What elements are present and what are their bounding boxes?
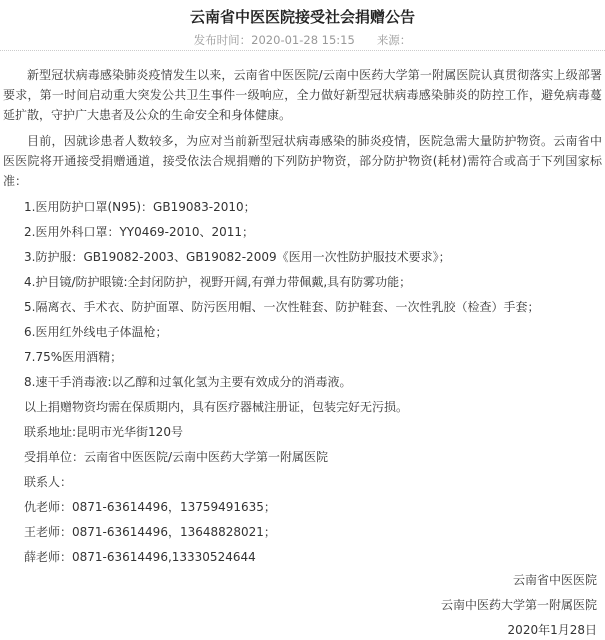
signature-org2: 云南中医药大学第一附属医院 [441,595,597,615]
signature-org1: 云南省中医医院 [513,570,597,590]
divider [0,50,605,51]
recipient-line: 受捐单位：云南省中医医院/云南中医药大学第一附属医院 [0,447,605,467]
list-item: 1.医用防护口罩(N95)：GB19083-2010； [0,197,605,217]
publish-time: 2020-01-28 15:15 [251,33,355,47]
list-item: 8.速干手消毒液:以乙醇和过氧化氢为主要有效成分的消毒液。 [0,372,605,392]
note-line: 以上捐赠物资均需在保质期内，具有医疗器械注册证，包装完好无污损。 [0,397,605,417]
address-line: 联系地址:昆明市光华街120号 [0,422,605,442]
contact-line: 仇老师：0871-63614496，13759491635； [0,497,605,517]
list-item: 4.护目镜/防护眼镜:全封闭防护，视野开阔,有弹力带佩戴,具有防雾功能； [0,272,605,292]
list-item: 5.隔离衣、手术衣、防护面罩、防污医用帽、一次性鞋套、防护鞋套、一次性乳胶（检查… [0,297,605,317]
list-item: 7.75%医用酒精； [0,347,605,367]
request-paragraph: 目前，因就诊患者人数较多，为应对当前新型冠状病毒感染的肺炎疫情，医院急需大量防护… [0,131,605,191]
list-item: 2.医用外科口罩：YY0469-2010、2011； [0,222,605,242]
contacts-label: 联系人： [0,472,605,492]
list-item: 6.医用红外线电子体温枪； [0,322,605,342]
article-title: 云南省中医医院接受社会捐赠公告 [0,6,605,27]
contact-line: 王老师：0871-63614496，13648828021； [0,522,605,542]
publish-label: 发布时间： [194,33,252,47]
list-item: 3.防护服：GB19082-2003、GB19082-2009《医用一次性防护服… [0,247,605,267]
signature-date: 2020年1月28日 [508,620,597,640]
article-meta: 发布时间：2020-01-28 15:15来源： [0,32,605,48]
source-label: 来源： [377,33,412,47]
article-body: 新型冠状病毒感染肺炎疫情发生以来，云南省中医医院/云南中医药大学第一附属医院认真… [0,65,605,572]
contact-line: 薛老师：0871-63614496,13330524644 [0,547,605,567]
intro-paragraph: 新型冠状病毒感染肺炎疫情发生以来，云南省中医医院/云南中医药大学第一附属医院认真… [0,65,605,125]
